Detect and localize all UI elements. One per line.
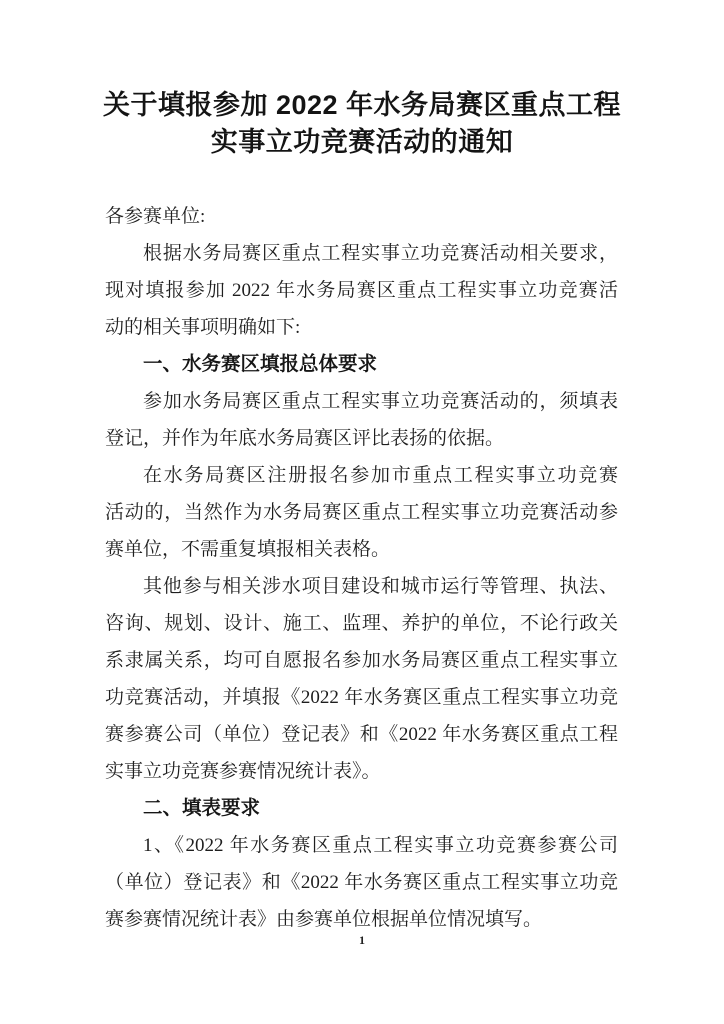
document-body: 各参赛单位: 根据水务局赛区重点工程实事立功竞赛活动相关要求，现对填报参加 20… bbox=[105, 198, 618, 938]
paragraph-line: 动的相关事项明确如下: bbox=[105, 309, 618, 346]
paragraph: 1、《2022 年水务赛区重点工程实事立功竞赛参赛公司（单位）登记表》和《202… bbox=[105, 827, 618, 938]
paragraph: 其他参与相关涉水项目建设和城市运行等管理、执法、咨询、规划、设计、施工、监理、养… bbox=[105, 568, 618, 790]
paragraph-line: 参加水务局赛区重点工程实事立功竞赛活动的，须填表 bbox=[105, 383, 618, 420]
paragraph-line: 登记，并作为年底水务局赛区评比表扬的依据。 bbox=[105, 420, 618, 457]
paragraph-line: 二、填表要求 bbox=[105, 790, 618, 827]
title-line-2: 实事立功竞赛活动的通知 bbox=[0, 124, 724, 161]
paragraph-line: 现对填报参加 2022 年水务局赛区重点工程实事立功竞赛活 bbox=[105, 272, 618, 309]
title-line-1: 关于填报参加 2022 年水务局赛区重点工程 bbox=[0, 87, 724, 124]
paragraph: 根据水务局赛区重点工程实事立功竞赛活动相关要求，现对填报参加 2022 年水务局… bbox=[105, 235, 618, 346]
paragraph-line: 一、水务赛区填报总体要求 bbox=[105, 346, 618, 383]
paragraph: 参加水务局赛区重点工程实事立功竞赛活动的，须填表登记，并作为年底水务局赛区评比表… bbox=[105, 383, 618, 457]
paragraph-line: 在水务局赛区注册报名参加市重点工程实事立功竞赛 bbox=[105, 457, 618, 494]
paragraph-line: （单位）登记表》和《2022 年水务赛区重点工程实事立功竞 bbox=[105, 864, 618, 901]
paragraph-line: 其他参与相关涉水项目建设和城市运行等管理、执法、 bbox=[105, 568, 618, 605]
paragraph-line: 系隶属关系，均可自愿报名参加水务局赛区重点工程实事立 bbox=[105, 642, 618, 679]
paragraph-line: 实事立功竞赛参赛情况统计表》。 bbox=[105, 753, 618, 790]
section-heading: 二、填表要求 bbox=[105, 790, 618, 827]
section-heading: 一、水务赛区填报总体要求 bbox=[105, 346, 618, 383]
document-title: 关于填报参加 2022 年水务局赛区重点工程 实事立功竞赛活动的通知 bbox=[0, 87, 724, 161]
paragraph: 在水务局赛区注册报名参加市重点工程实事立功竞赛活动的，当然作为水务局赛区重点工程… bbox=[105, 457, 618, 568]
document-page: 关于填报参加 2022 年水务局赛区重点工程 实事立功竞赛活动的通知 各参赛单位… bbox=[0, 0, 724, 1024]
paragraph-line: 赛参赛公司（单位）登记表》和《2022 年水务赛区重点工程 bbox=[105, 716, 618, 753]
paragraph-line: 根据水务局赛区重点工程实事立功竞赛活动相关要求， bbox=[105, 235, 618, 272]
salutation: 各参赛单位: bbox=[105, 198, 618, 235]
paragraph-line: 赛单位，不需重复填报相关表格。 bbox=[105, 531, 618, 568]
paragraph-line: 功竞赛活动，并填报《2022 年水务赛区重点工程实事立功竞 bbox=[105, 679, 618, 716]
paragraph-line: 活动的，当然作为水务局赛区重点工程实事立功竞赛活动参 bbox=[105, 494, 618, 531]
page-number: 1 bbox=[0, 932, 724, 948]
paragraph-line: 1、《2022 年水务赛区重点工程实事立功竞赛参赛公司 bbox=[105, 827, 618, 864]
paragraph-line: 咨询、规划、设计、施工、监理、养护的单位，不论行政关 bbox=[105, 605, 618, 642]
